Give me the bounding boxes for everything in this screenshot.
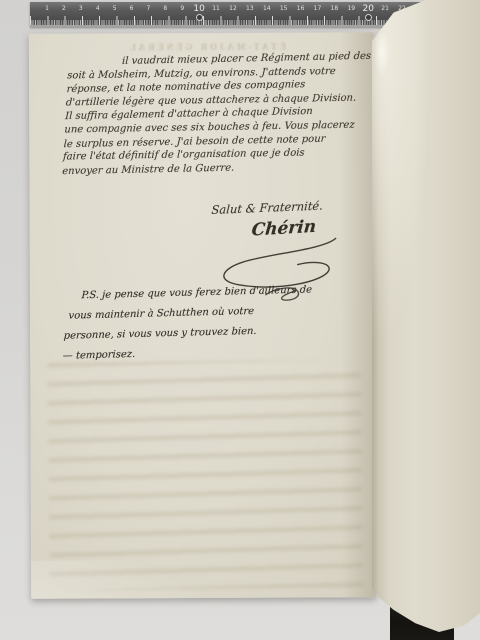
ruler-number: 5 xyxy=(109,5,121,13)
ruler-number: 6 xyxy=(126,5,138,13)
ruler-number: 12 xyxy=(227,5,239,13)
ruler-number: 14 xyxy=(261,5,273,13)
ruler: 1234567891011121314151617181920212223 xyxy=(30,2,430,27)
fold-highlight xyxy=(374,30,390,76)
ruler-number: 11 xyxy=(210,5,222,13)
ruler-number: 7 xyxy=(142,5,154,13)
ruler-number: 8 xyxy=(159,5,171,13)
ruler-number: 17 xyxy=(312,5,324,13)
ruler-number: 9 xyxy=(176,5,188,13)
ruler-number: 15 xyxy=(278,5,290,13)
ruler-number: 19 xyxy=(345,5,357,13)
ruler-number: 16 xyxy=(295,5,307,13)
ruler-bevel-edge xyxy=(30,25,430,27)
bleedthrough-text-area xyxy=(47,359,363,591)
closing-salutation: Salut & Fraternité. xyxy=(211,199,323,217)
letter-body: il vaudrait mieux placer ce Régiment au … xyxy=(62,50,373,178)
postscript: P.S. je pense que vous ferez bien d'aill… xyxy=(62,279,365,367)
ruler-number: 18 xyxy=(328,5,340,13)
page-crease xyxy=(31,560,241,599)
ruler-number: 4 xyxy=(92,5,104,13)
ruler-number: 13 xyxy=(244,5,256,13)
ruler-number: 2 xyxy=(58,5,70,13)
ruler-number: 3 xyxy=(75,5,87,13)
letter-page: ÉTAT-MAJOR GÉNÉRAL il vaudrait mieux pla… xyxy=(29,32,376,599)
second-leaf xyxy=(372,0,480,632)
photo-background: 1234567891011121314151617181920212223 ÉT… xyxy=(0,0,480,640)
ruler-number: 1 xyxy=(41,5,53,13)
ruler-number: 21 xyxy=(379,5,391,13)
